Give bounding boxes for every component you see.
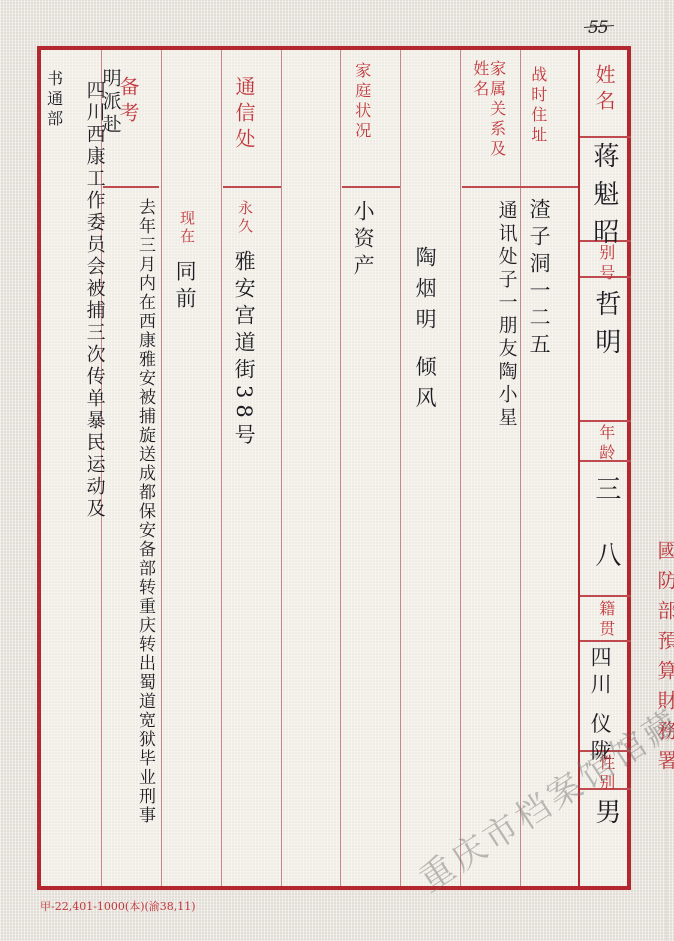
- remarks-note: 书通部: [43, 70, 65, 130]
- sex-label: 性别: [597, 754, 614, 794]
- family-relation-label: 家属关系及姓名: [471, 60, 505, 178]
- family-status-value: 小资产: [351, 200, 375, 281]
- header-rule: [103, 186, 159, 188]
- alias-label: 别号: [597, 244, 614, 284]
- family-status-label: 家庭状况: [353, 62, 370, 142]
- column-rule: [460, 50, 461, 886]
- column-rule: [520, 50, 521, 886]
- remarks-col2: 四川西康工作委员会被捕三次传单暴民运动及: [81, 80, 107, 880]
- family-relation-value-2: 陶烟明 倾风: [413, 246, 437, 418]
- page-number: 55: [588, 18, 608, 38]
- current-address-value: 同前: [173, 260, 197, 314]
- current-label: 现在: [177, 210, 198, 246]
- permanent-label: 永久: [235, 200, 256, 236]
- age-label: 年龄: [597, 424, 614, 464]
- column-rule: [340, 50, 341, 886]
- column-rule: [400, 50, 401, 886]
- native-place-label: 籍贯: [597, 600, 614, 640]
- name-value: 蒋魁昭: [588, 142, 618, 256]
- name-label: 姓名: [593, 64, 614, 116]
- permanent-address-value: 雅安宫道街38号: [232, 250, 256, 451]
- name-rule: [580, 640, 631, 642]
- correspondence-label: 通信处: [233, 76, 254, 154]
- name-rule: [580, 420, 631, 422]
- ministry-stamp: 國防部預算財務署: [652, 540, 674, 780]
- header-rule: [462, 186, 578, 188]
- column-rule: [221, 50, 222, 886]
- column-rule: [161, 50, 162, 886]
- alias-value: 哲明: [590, 290, 620, 366]
- header-rule: [223, 186, 281, 188]
- personnel-record-form: 姓名 蒋魁昭 别号 哲明 年龄 三八 籍贯 四川 仪陇 性别 男 战时住址 渣子…: [37, 46, 631, 890]
- header-rule: [342, 186, 400, 188]
- column-rule: [578, 50, 580, 886]
- war-address-value: 渣子洞一二五: [527, 198, 551, 360]
- war-address-label: 战时住址: [529, 66, 546, 146]
- form-code: 甲-22,401-1000(本)(渝38,11): [40, 898, 196, 914]
- paper-edge: [666, 0, 667, 941]
- remarks-main: 去年三月内在西康雅安被捕旋送成都保安备部转重庆转出蜀道宽狱毕业刑事: [133, 198, 156, 888]
- remarks-col3: 明派赴: [97, 68, 123, 137]
- native-place-value: 四川 仪陇: [588, 646, 612, 767]
- family-relation-value: 通讯处子一朋友陶小星: [493, 200, 519, 430]
- sex-value: 男: [590, 798, 620, 836]
- column-rule: [281, 50, 282, 886]
- age-value: 三八: [590, 475, 620, 607]
- name-rule: [580, 136, 631, 138]
